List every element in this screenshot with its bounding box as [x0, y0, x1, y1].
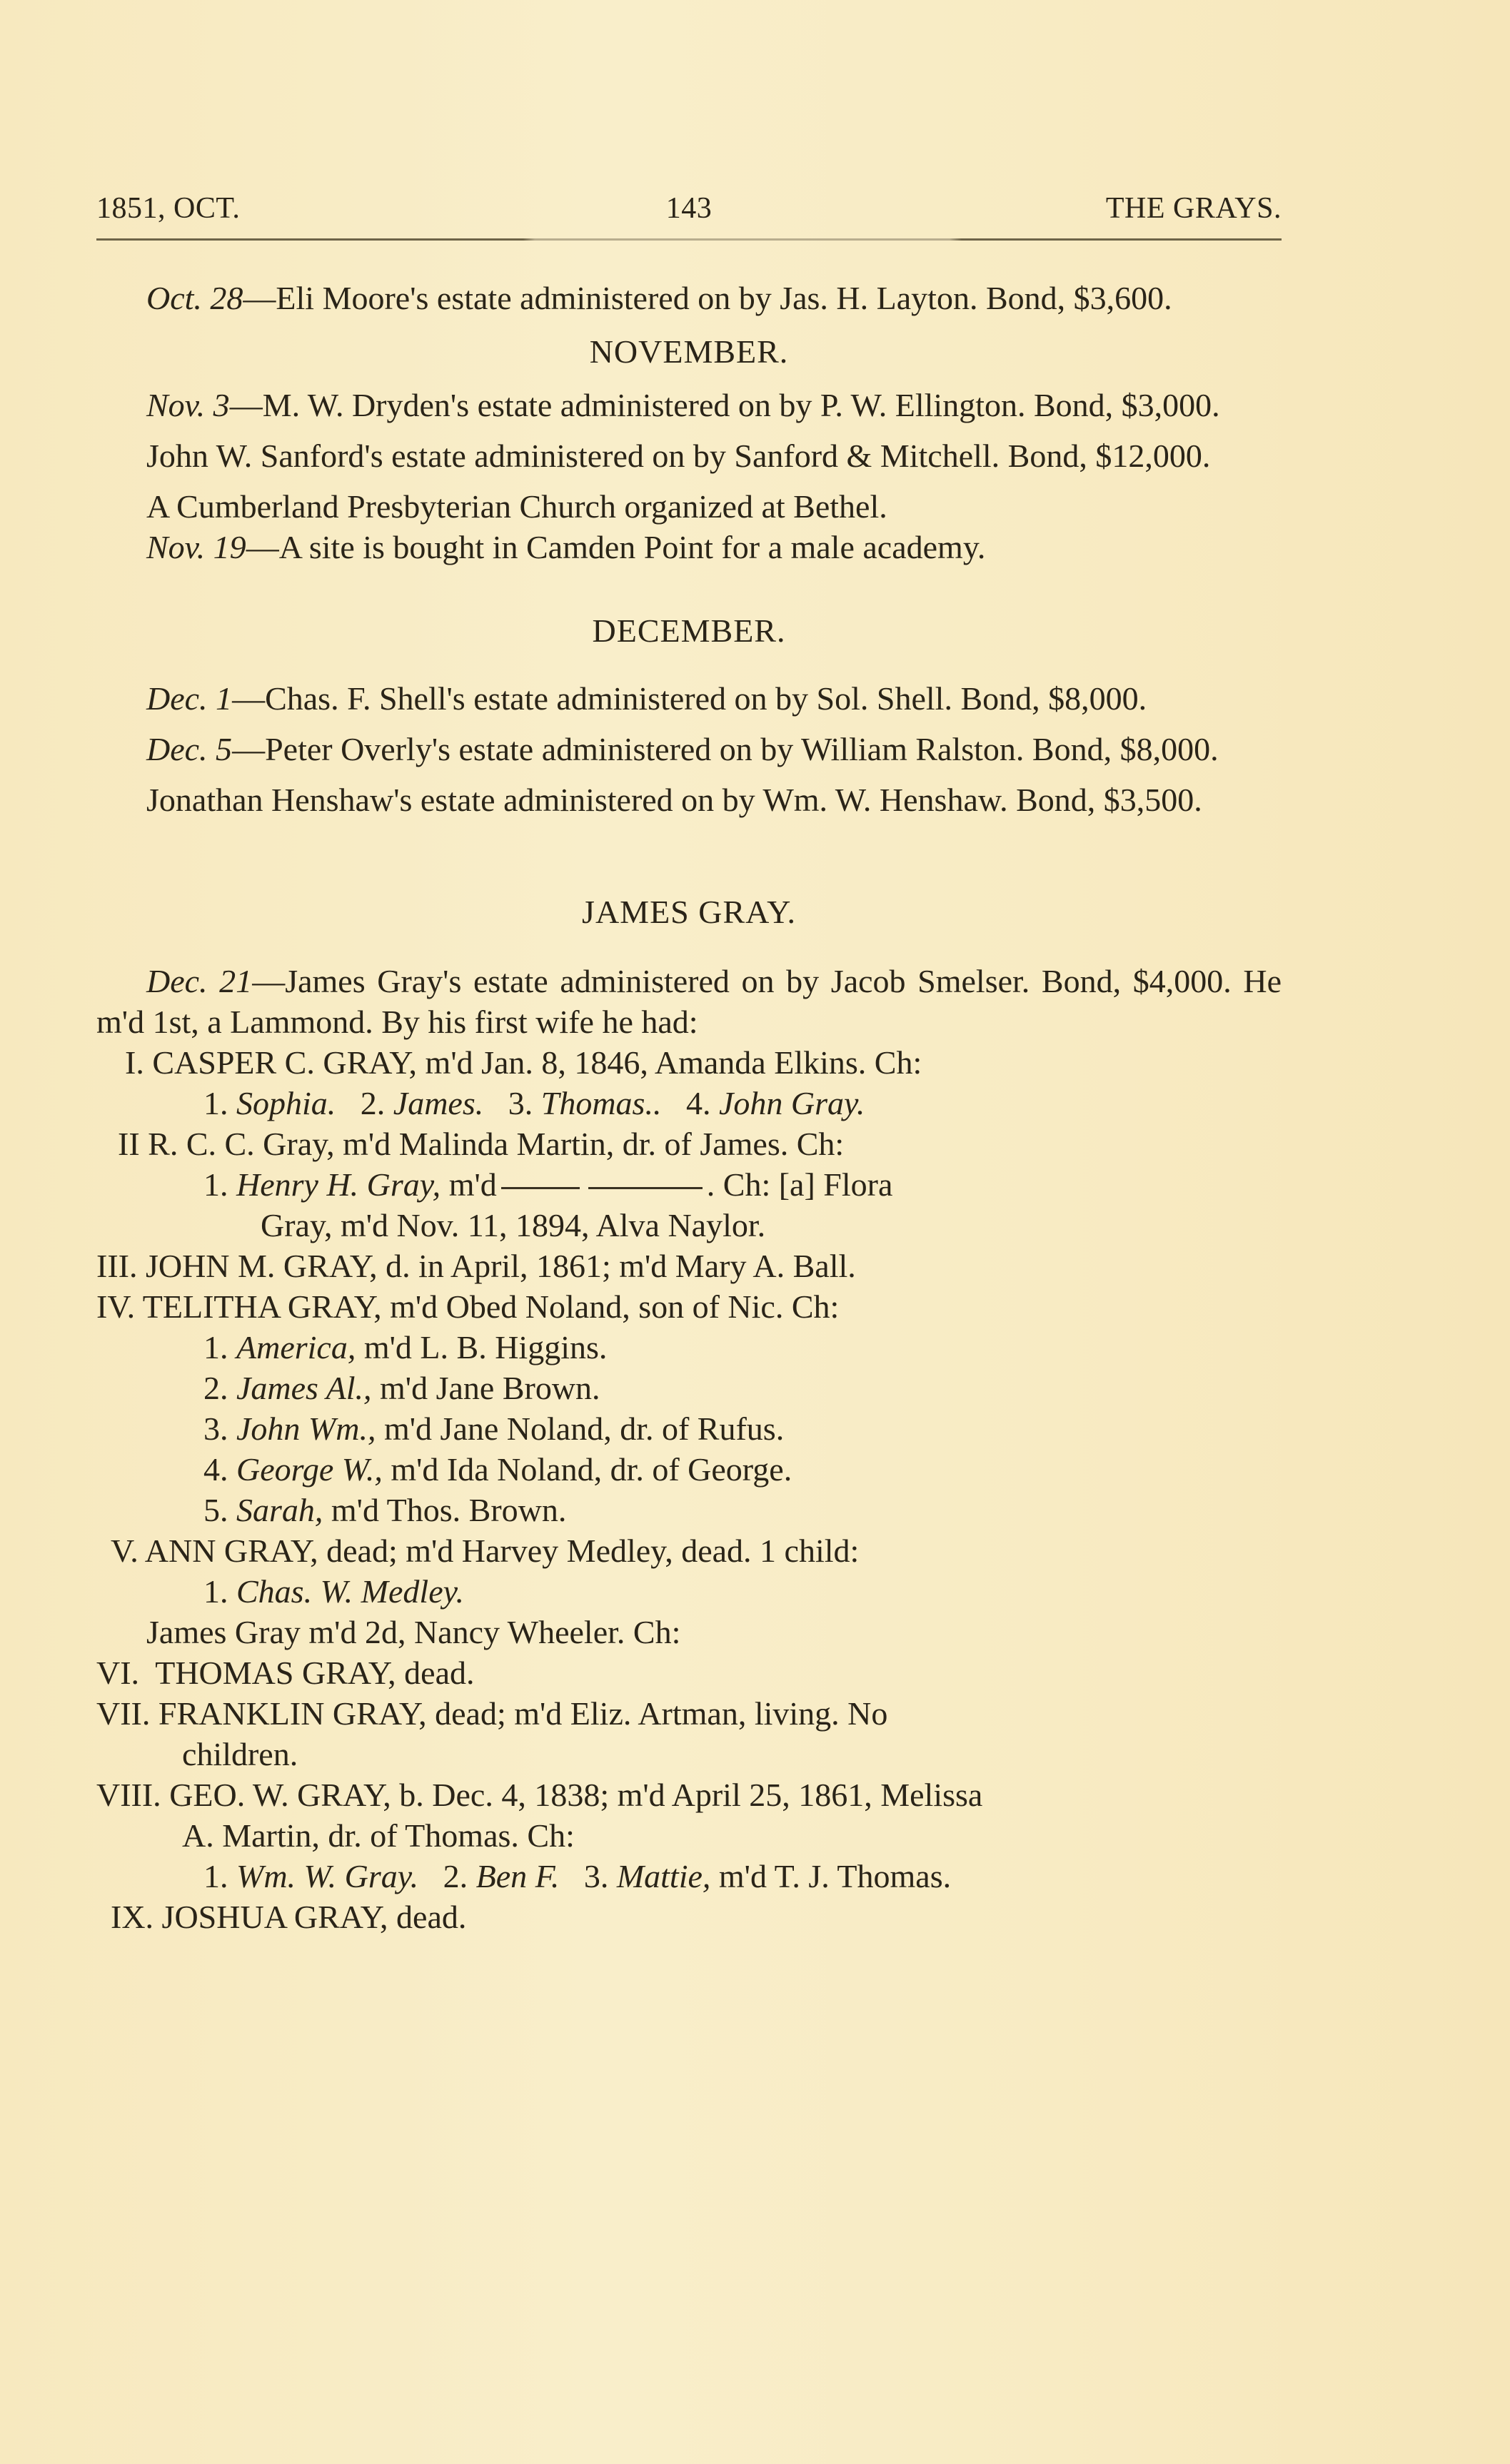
genealogy-entry-ii: II R. C. C. Gray, m'd Malinda Martin, dr… [96, 1124, 1282, 1164]
genealogy-entry-iv: IV. TELITHA GRAY, m'd Obed Noland, son o… [96, 1286, 1282, 1327]
genealogy-entry-ix: IX. JOSHUA GRAY, dead. [96, 1897, 1282, 1937]
entry-nov-19: Nov. 19—A site is bought in Camden Point… [96, 527, 1282, 567]
entry-date: Nov. 19 [146, 529, 246, 565]
book-page: 1851, OCT. 143 THE GRAYS. Oct. 28—Eli Mo… [96, 191, 1282, 1937]
genealogy-entry-viii: VIII. GEO. W. GRAY, b. Dec. 4, 1838; m'd… [96, 1774, 1282, 1815]
entry-date: Nov. 3 [146, 387, 230, 423]
entry-cumberland-church: A Cumberland Presbyterian Church organiz… [96, 486, 1282, 527]
genealogy-entry-i: I. CASPER C. GRAY, m'd Jan. 8, 1846, Ama… [96, 1042, 1282, 1083]
section-heading-november: NOVEMBER. [96, 331, 1282, 372]
blank-dash [501, 1187, 580, 1189]
page-body: Oct. 28—Eli Moore's estate administered … [96, 278, 1282, 1937]
genealogy-entry-viii-cont: A. Martin, dr. of Thomas. Ch: [96, 1815, 1282, 1856]
genealogy-children-i: 1. Sophia. 2. James. 3. Thomas.. 4. John… [96, 1083, 1282, 1124]
running-head: 1851, OCT. 143 THE GRAYS. [96, 191, 1282, 228]
entry-date: Dec. 1 [146, 680, 232, 717]
genealogy-child: 1. America, m'd L. B. Higgins. [96, 1327, 1282, 1368]
entry-date: Oct. 28 [146, 280, 243, 316]
genealogy-child: 5. Sarah, m'd Thos. Brown. [96, 1490, 1282, 1530]
second-marriage-note: James Gray m'd 2d, Nancy Wheeler. Ch: [96, 1612, 1282, 1652]
entry-henshaw: Jonathan Henshaw's estate administered o… [96, 779, 1282, 820]
entry-dec-5: Dec. 5—Peter Overly's estate administere… [96, 729, 1282, 769]
genealogy-entry-vii-cont: children. [96, 1734, 1282, 1774]
entry-nov-3: Nov. 3—M. W. Dryden's estate administere… [96, 385, 1282, 425]
section-heading-december: DECEMBER. [96, 610, 1282, 651]
genealogy-child-henry: 1. Henry H. Gray, m'd. Ch: [a] Flora [96, 1164, 1282, 1205]
genealogy-entry-iii: III. JOHN M. GRAY, d. in April, 1861; m'… [96, 1246, 1282, 1286]
section-heading-james-gray: JAMES GRAY. [96, 892, 1282, 932]
entry-sanford: John W. Sanford's estate administered on… [96, 435, 1282, 476]
entry-date: Dec. 21 [146, 963, 252, 999]
entry-dec-21: Dec. 21—James Gray's estate administered… [96, 961, 1282, 1042]
genealogy-child: 2. James Al., m'd Jane Brown. [96, 1368, 1282, 1408]
genealogy-child: 4. George W., m'd Ida Noland, dr. of Geo… [96, 1449, 1282, 1490]
genealogy-entry-v: V. ANN GRAY, dead; m'd Harvey Medley, de… [96, 1530, 1282, 1571]
genealogy-entry-vii: VII. FRANKLIN GRAY, dead; m'd Eliz. Artm… [96, 1693, 1282, 1734]
header-rule [96, 238, 1282, 241]
genealogy-child: 1. Chas. W. Medley. [96, 1571, 1282, 1612]
blank-dash [588, 1187, 703, 1189]
genealogy-child: 3. John Wm., m'd Jane Noland, dr. of Ruf… [96, 1408, 1282, 1449]
page-number: 143 [96, 191, 1282, 226]
genealogy-child-henry-cont: Gray, m'd Nov. 11, 1894, Alva Naylor. [96, 1205, 1282, 1246]
entry-dec-1: Dec. 1—Chas. F. Shell's estate administe… [96, 678, 1282, 719]
genealogy-children-viii: 1. Wm. W. Gray. 2. Ben F. 3. Mattie, m'd… [96, 1856, 1282, 1897]
entry-date: Dec. 5 [146, 731, 232, 767]
entry-oct-28: Oct. 28—Eli Moore's estate administered … [96, 278, 1282, 318]
genealogy-entry-vi: VI. THOMAS GRAY, dead. [96, 1652, 1282, 1693]
